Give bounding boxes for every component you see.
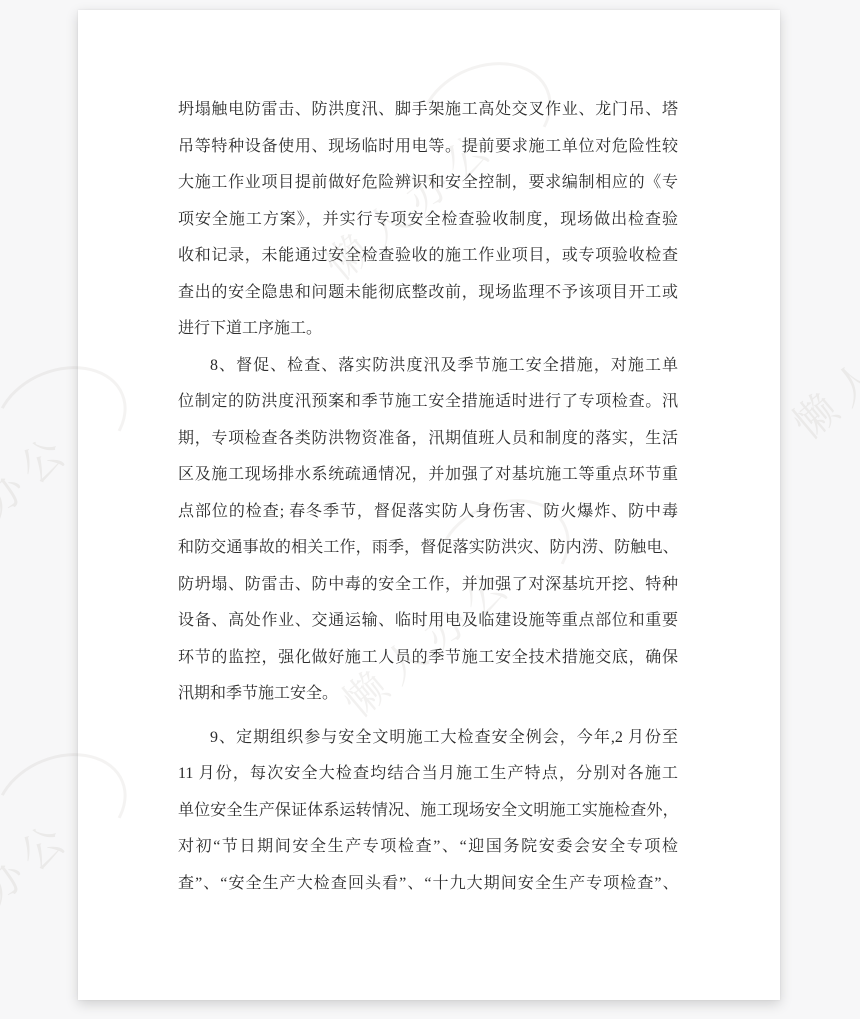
text-line: 防坍塌、防雷击、防中毒的安全工作，并加强了对深基坑开挖、特种 bbox=[178, 567, 678, 604]
text-line: 11 月份，每次安全大检查均结合当月施工生产特点，分别对各施工 bbox=[178, 756, 678, 793]
watermark: 懒人办公 bbox=[779, 271, 860, 451]
text-line: 单位安全生产保证体系运转情况、施工现场安全文明施工实施检查外， bbox=[178, 793, 678, 830]
text-line: 大施工作业项目提前做好危险辨识和安全控制，要求编制相应的《专 bbox=[178, 165, 678, 202]
text-line: 查出的安全隐患和问题未能彻底整改前，现场监理不予该项目开工或 bbox=[178, 275, 678, 312]
text-line: 8、督促、检查、落实防洪度汛及季节施工安全措施，对施工单 bbox=[178, 348, 678, 385]
text-line: 收和记录，未能通过安全检查验收的施工作业项目，或专项验收检查 bbox=[178, 238, 678, 275]
watermark: 懒人办公 bbox=[0, 803, 84, 983]
text-line: 对初“节日期间安全生产专项检查”、“迎国务院安委会安全专项检 bbox=[178, 829, 678, 866]
paragraph: 坍塌触电防雷击、防洪度汛、脚手架施工高处交叉作业、龙门吊、塔 吊等特种设备使用、… bbox=[178, 92, 678, 348]
text-line: 点部位的检查; 春冬季节，督促落实防人身伤害、防火爆炸、防中毒 bbox=[178, 494, 678, 531]
text-line: 坍塌触电防雷击、防洪度汛、脚手架施工高处交叉作业、龙门吊、塔 bbox=[178, 92, 678, 129]
text-line: 和防交通事故的相关工作，雨季，督促落实防洪灾、防内涝、防触电、 bbox=[178, 530, 678, 567]
text-line: 查”、“安全生产大检查回头看”、“十九大期间安全生产专项检查”、 bbox=[178, 866, 678, 903]
text-line: 环节的监控，强化做好施工人员的季节施工安全技术措施交底，确保 bbox=[178, 640, 678, 677]
text-line: 9、定期组织参与安全文明施工大检查安全例会，今年,2 月份至 bbox=[178, 720, 678, 757]
paragraph: 8、督促、检查、落实防洪度汛及季节施工安全措施，对施工单 位制定的防洪度汛预案和… bbox=[178, 348, 678, 713]
text-line: 项安全施工方案》，并实行专项安全检查验收制度，现场做出检查验 bbox=[178, 202, 678, 239]
text-line: 位制定的防洪度汛预案和季节施工安全措施适时进行了专项检查。汛 bbox=[178, 384, 678, 421]
text-line: 区及施工现场排水系统疏通情况，并加强了对基坑施工等重点环节重 bbox=[178, 457, 678, 494]
text-line: 吊等特种设备使用、现场临时用电等。提前要求施工单位对危险性较 bbox=[178, 129, 678, 166]
text-line: 汛期和季节施工安全。 bbox=[178, 676, 678, 713]
paragraph: 9、定期组织参与安全文明施工大检查安全例会，今年,2 月份至 11 月份，每次安… bbox=[178, 720, 678, 903]
text-line: 设备、高处作业、交通运输、临时用电及临建设施等重点部位和重要 bbox=[178, 603, 678, 640]
watermark: 懒人办公 bbox=[0, 416, 84, 596]
text-line: 期，专项检查各类防洪物资准备，汛期值班人员和制度的落实，生活 bbox=[178, 421, 678, 458]
text-line: 进行下道工序施工。 bbox=[178, 311, 678, 348]
canvas: { "colors": { "background": "#f7f7f8", "… bbox=[0, 0, 860, 1019]
document-text: 坍塌触电防雷击、防洪度汛、脚手架施工高处交叉作业、龙门吊、塔 吊等特种设备使用、… bbox=[178, 92, 678, 902]
document-page: 坍塌触电防雷击、防洪度汛、脚手架施工高处交叉作业、龙门吊、塔 吊等特种设备使用、… bbox=[78, 10, 780, 1000]
